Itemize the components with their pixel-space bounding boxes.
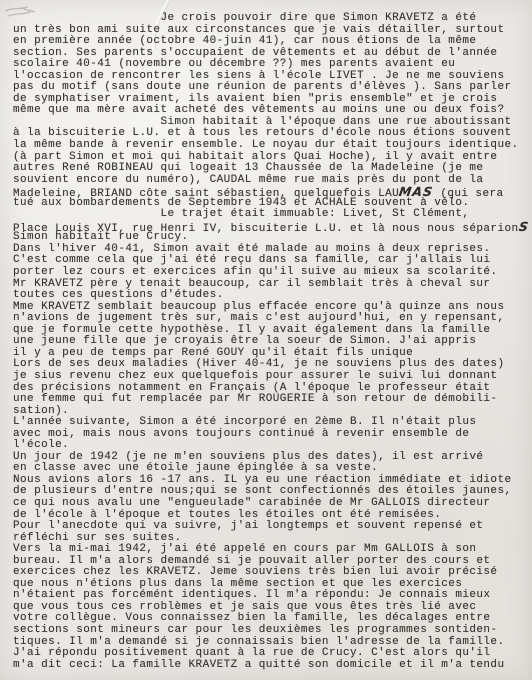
- document-line: toutes ces questions d'études.: [13, 290, 525, 302]
- document-line: souvient encore du numéro), CAUDAL même …: [13, 175, 525, 187]
- handwritten-text: S: [518, 221, 530, 233]
- document-line: Pour l'anecdote qui va suivre, j'ai long…: [13, 521, 525, 533]
- document-line: L'année suivante, Simon a été incorporé …: [13, 417, 525, 429]
- handwritten-text: MAS: [398, 186, 434, 198]
- document-line: Le trajet était immuable: Livet, St Clém…: [13, 209, 525, 221]
- document-body: Je crois pouvoir dire que Simon KRAVETZ …: [13, 13, 525, 671]
- document-line: J'ai répondu positivement quant à la rue…: [13, 648, 525, 660]
- document-line: Je crois pouvoir dire que Simon KRAVETZ …: [13, 13, 525, 25]
- document-line: en première année (octobre 40-juin 41), …: [13, 36, 525, 48]
- document-line: une femme qui fut remplacée par Mr ROUGE…: [13, 394, 525, 406]
- document-line: ce qui nous avalu une "engueulade" carab…: [13, 498, 525, 510]
- document-line: autres René ROBINEAU qui logeait 13 Chau…: [13, 163, 525, 175]
- document-line: Vers la mi-mai 1942, j'ai été appelé en …: [13, 544, 525, 556]
- document-line: porter lez cours et exercices afin qu'il…: [13, 267, 525, 279]
- document-line: la même bande à revenir ensemble. Le noy…: [13, 140, 525, 152]
- document-line: je sius revenu chez eux quelquefois pour…: [13, 371, 525, 383]
- scanned-page: Je crois pouvoir dire que Simon KRAVETZ …: [0, 0, 532, 680]
- document-line: sections sont mineurs car pour les deuxi…: [13, 625, 525, 637]
- document-line: m'a dit ceci: La famille KRAVETZ a quitt…: [13, 660, 525, 672]
- document-line: avec moi, mais nous avons toujours conti…: [13, 429, 525, 441]
- document-line: scolaire 40-41 (novembre ou décembre ??)…: [13, 59, 525, 71]
